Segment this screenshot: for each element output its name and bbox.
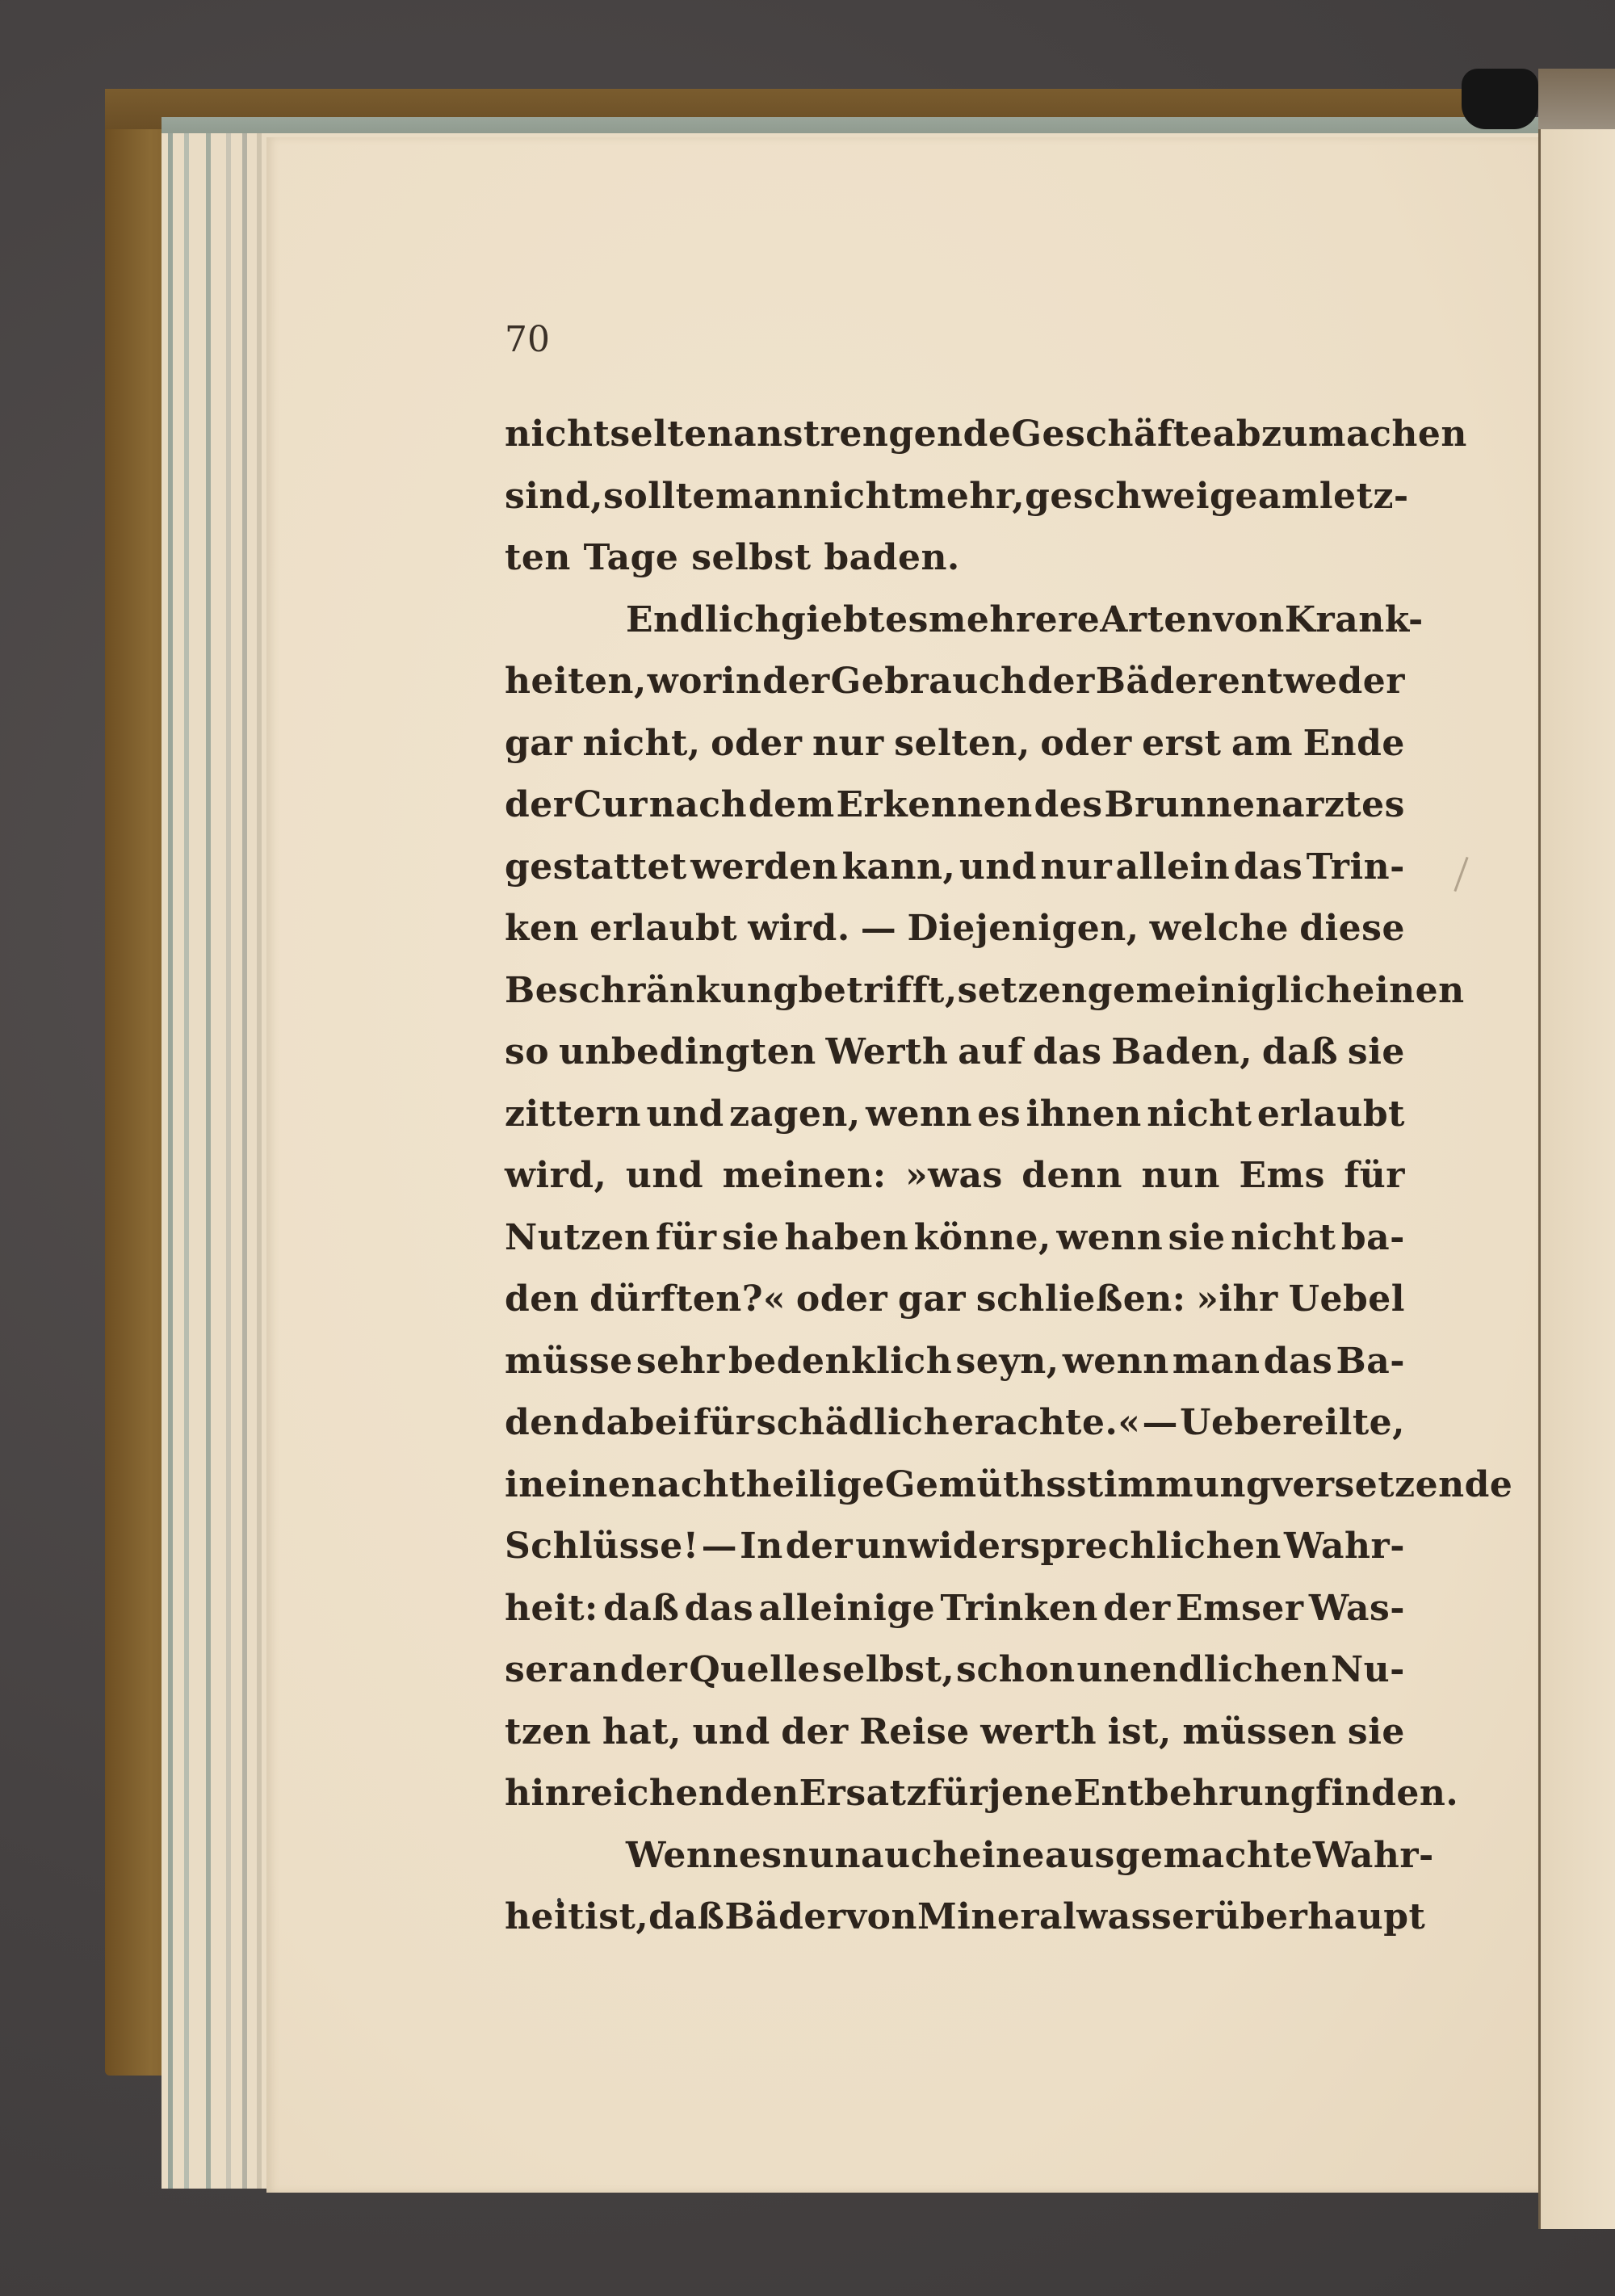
word: für xyxy=(656,1207,717,1270)
word: meinen: xyxy=(723,1145,887,1207)
word: gar xyxy=(898,1269,966,1331)
word: haben xyxy=(785,1207,909,1270)
word: müsse xyxy=(505,1331,633,1393)
text-line: zitternundzagen,wennesihnennichterlaubt xyxy=(505,1084,1405,1146)
word: nur xyxy=(1041,837,1113,899)
word: Uebel xyxy=(1289,1269,1405,1331)
word: Nutzen xyxy=(505,1207,651,1270)
word: jene xyxy=(988,1763,1074,1825)
word: das xyxy=(685,1578,754,1640)
word: unendlichen xyxy=(1077,1639,1329,1702)
word: nun xyxy=(1142,1145,1220,1207)
word: Wahr- xyxy=(1284,1516,1405,1578)
word: versetzende xyxy=(1271,1454,1512,1517)
word: kann, xyxy=(842,837,956,899)
word: am xyxy=(1258,466,1319,528)
word: Bäder xyxy=(724,1887,845,1949)
text-line: sounbedingtenWerthaufdasBaden,daßsie xyxy=(505,1022,1405,1084)
word: der xyxy=(1027,651,1094,713)
word: — xyxy=(861,898,897,960)
word: so xyxy=(505,1022,549,1084)
text-line: ineinenachtheiligeGemüthsstimmungversetz… xyxy=(505,1454,1405,1517)
page-number: 70 xyxy=(505,319,550,360)
text-line: EndlichgiebtesmehrereArtenvonKrank- xyxy=(505,590,1405,652)
word: für xyxy=(1344,1145,1405,1207)
text-line: gestattetwerdenkann,undnuralleindasTrin- xyxy=(505,837,1405,899)
word: abzumachen xyxy=(1213,404,1467,466)
word: Nu- xyxy=(1331,1639,1405,1702)
word: unwidersprechlichen xyxy=(855,1516,1282,1578)
word: schließen: xyxy=(976,1269,1186,1331)
text-line: derCurnachdemErkennendesBrunnenarztes xyxy=(505,774,1405,837)
word: sehr xyxy=(636,1331,725,1393)
word: Beschränkung xyxy=(505,960,799,1022)
page-edge-line xyxy=(226,133,231,2189)
word: Emser xyxy=(1176,1578,1304,1640)
word: Diejenigen, xyxy=(907,898,1139,960)
text-line: heit:daßdasalleinigeTrinkenderEmserWas- xyxy=(505,1578,1405,1640)
text-line: WennesnunaucheineausgemachteWahr- xyxy=(505,1825,1405,1887)
word: Ende xyxy=(1303,713,1405,775)
word: mehrere xyxy=(929,590,1100,652)
word: Endlich xyxy=(626,590,781,652)
word: wenn xyxy=(1063,1331,1169,1393)
word: heit xyxy=(505,1887,585,1949)
word: müssen xyxy=(1182,1702,1336,1764)
right-cover-edge xyxy=(1538,69,1615,129)
word: einen xyxy=(1352,960,1464,1022)
word: Bäder xyxy=(1096,651,1217,713)
word: daß xyxy=(648,1887,724,1949)
word: nur xyxy=(812,713,884,775)
word: dabei xyxy=(581,1392,691,1454)
word: setzen xyxy=(958,960,1088,1022)
book-page-right-edge xyxy=(1541,129,1615,2229)
word: das xyxy=(1264,1331,1333,1393)
word: nachtheilige xyxy=(631,1454,885,1517)
word: nach xyxy=(649,774,747,837)
word: und xyxy=(959,837,1037,899)
word: hat, xyxy=(602,1702,682,1764)
word: und xyxy=(626,1145,703,1207)
word: und xyxy=(692,1702,770,1764)
word: »ihr xyxy=(1196,1269,1277,1331)
word: sie xyxy=(722,1207,779,1270)
text-line: garnicht,odernurselten,odererstamEnde xyxy=(505,713,1405,775)
word: geschweige xyxy=(1025,466,1258,528)
word: wird, xyxy=(505,1145,606,1207)
word: Schlüsse! xyxy=(505,1516,699,1578)
word: heit: xyxy=(505,1578,598,1640)
page-edge-line xyxy=(184,133,189,2189)
word: ser xyxy=(505,1639,567,1702)
word: ihnen xyxy=(1026,1084,1142,1146)
word: auf xyxy=(958,1022,1023,1084)
word: wenn xyxy=(866,1084,972,1146)
word: gar xyxy=(505,713,573,775)
word: könne, xyxy=(914,1207,1051,1270)
page-edge-line xyxy=(168,133,173,2189)
word: gestattet xyxy=(505,837,687,899)
word: daß xyxy=(1262,1022,1338,1084)
word: ist, xyxy=(1108,1702,1172,1764)
word: Wahr- xyxy=(1313,1825,1434,1887)
text-line: dendabeifürschädlicherachte.«—Uebereilte… xyxy=(505,1392,1405,1454)
word: Gemüthsstimmung xyxy=(885,1454,1271,1517)
word: auch xyxy=(861,1825,959,1887)
word: heiten, xyxy=(505,651,647,713)
word: von xyxy=(846,1887,917,1949)
word: sie xyxy=(1348,1022,1405,1084)
word: Geschäfte xyxy=(1011,404,1212,466)
word: Brunnenarztes xyxy=(1104,774,1405,837)
word: werth xyxy=(980,1702,1097,1764)
word: es xyxy=(977,1084,1021,1146)
page-edge-line xyxy=(206,133,211,2189)
word: sind, xyxy=(505,466,603,528)
word: betrifft, xyxy=(799,960,958,1022)
text-line: wird,undmeinen:»wasdennnunEmsfür xyxy=(505,1145,1405,1207)
ink-speck xyxy=(557,1898,561,1903)
word: ausgemachte xyxy=(1045,1825,1313,1887)
word: — xyxy=(1142,1392,1178,1454)
word: letz- xyxy=(1319,466,1409,528)
word: schädlich xyxy=(757,1392,950,1454)
word: diese xyxy=(1299,898,1405,960)
text-line: dendürften?«odergarschließen:»ihrUebel xyxy=(505,1269,1405,1331)
text-line: seranderQuelleselbst,schonunendlichenNu- xyxy=(505,1639,1405,1702)
word: Entbehrung xyxy=(1073,1763,1315,1825)
page-edge-line xyxy=(257,133,262,2189)
word: zagen, xyxy=(729,1084,861,1146)
word: Ba- xyxy=(1336,1331,1405,1393)
word: an xyxy=(568,1639,619,1702)
word: der xyxy=(786,1516,853,1578)
word: nicht xyxy=(803,466,908,528)
word: Trin- xyxy=(1307,837,1405,899)
word: nicht xyxy=(1147,1084,1252,1146)
word: für xyxy=(927,1763,988,1825)
word: erst xyxy=(1142,713,1221,775)
word: anstrengende xyxy=(733,404,1011,466)
word: Trinken xyxy=(940,1578,1097,1640)
word: nun xyxy=(782,1825,861,1887)
text-line: Nutzenfürsiehabenkönne,wennsienichtba- xyxy=(505,1207,1405,1270)
dark-blot xyxy=(1462,69,1538,129)
word: sie xyxy=(1348,1702,1405,1764)
body-text: nichtseltenanstrengendeGeschäfteabzumach… xyxy=(505,404,1405,1949)
word: das xyxy=(1033,1022,1102,1084)
word: selten, xyxy=(894,713,1030,775)
word: der xyxy=(505,774,572,837)
word: erachte.« xyxy=(951,1392,1140,1454)
word: hinreichenden xyxy=(505,1763,799,1825)
word: dürften?« xyxy=(589,1269,786,1331)
word: das xyxy=(1234,837,1303,899)
word: nicht, xyxy=(583,713,701,775)
word: seyn, xyxy=(955,1331,1059,1393)
word: entweder xyxy=(1218,651,1405,713)
word: der xyxy=(762,651,829,713)
word: Gebrauch xyxy=(831,651,1027,713)
word: selbst, xyxy=(822,1639,954,1702)
word: denn xyxy=(1021,1145,1122,1207)
word: Krank- xyxy=(1285,590,1424,652)
text-line: nichtseltenanstrengendeGeschäfteabzumach… xyxy=(505,404,1405,466)
word: Arten xyxy=(1100,590,1213,652)
word: für xyxy=(694,1392,755,1454)
word: welche xyxy=(1150,898,1289,960)
text-line: heitist,daßBädervonMineralwasserüberhaup… xyxy=(505,1887,1405,1949)
word: der xyxy=(781,1702,848,1764)
word: wird. xyxy=(748,898,849,960)
word: Uebereilte, xyxy=(1180,1392,1405,1454)
text-line: müssesehrbedenklichseyn,wennmandasBa- xyxy=(505,1331,1405,1393)
word: den xyxy=(505,1269,579,1331)
word: In xyxy=(740,1516,783,1578)
word: man xyxy=(1172,1331,1261,1393)
word: unbedingten xyxy=(559,1022,816,1084)
word: oder xyxy=(1040,713,1131,775)
word: nicht xyxy=(505,404,610,466)
text-line: sind,solltemannichtmehr,geschweigeamletz… xyxy=(505,466,1405,528)
word: allein xyxy=(1116,837,1231,899)
word: der xyxy=(1103,1578,1170,1640)
word: Ersatz xyxy=(799,1763,927,1825)
text-line: ten Tage selbst baden. xyxy=(505,527,1405,590)
word: zittern xyxy=(505,1084,641,1146)
word: Was- xyxy=(1309,1578,1405,1640)
text-line: Beschränkungbetrifft,setzengemeinigliche… xyxy=(505,960,1405,1022)
word: schon xyxy=(956,1639,1075,1702)
word: »was xyxy=(905,1145,1003,1207)
word: eine xyxy=(545,1454,631,1517)
word: Quelle xyxy=(689,1639,820,1702)
word: wenn xyxy=(1056,1207,1163,1270)
text-line: tzenhat,undderReisewerthist,müssensie xyxy=(505,1702,1405,1764)
word: Reise xyxy=(859,1702,970,1764)
word: worin xyxy=(648,651,762,713)
word: alleinige xyxy=(759,1578,936,1640)
word: Baden, xyxy=(1111,1022,1252,1084)
text-line: heiten,worinderGebrauchderBäderentweder xyxy=(505,651,1405,713)
word: selten xyxy=(610,404,733,466)
word: tzen xyxy=(505,1702,591,1764)
word: eine xyxy=(959,1825,1045,1887)
word: werden xyxy=(690,837,838,899)
word: Erkennen xyxy=(837,774,1033,837)
word: Werth xyxy=(826,1022,949,1084)
word: erlaubt xyxy=(589,898,737,960)
word: sollte xyxy=(603,466,715,528)
word: es xyxy=(885,590,929,652)
word: bedenklich xyxy=(728,1331,952,1393)
word: daß xyxy=(603,1578,679,1640)
word: in xyxy=(505,1454,545,1517)
word: mehr, xyxy=(908,466,1025,528)
word: es xyxy=(739,1825,782,1887)
text-line: Schlüsse!—InderunwidersprechlichenWahr- xyxy=(505,1516,1405,1578)
word: nicht xyxy=(1231,1207,1336,1270)
word: ba- xyxy=(1341,1207,1405,1270)
word: oder xyxy=(796,1269,887,1331)
word: giebt xyxy=(781,590,885,652)
word: am xyxy=(1231,713,1293,775)
word: ken xyxy=(505,898,579,960)
word: gemeiniglich xyxy=(1088,960,1353,1022)
word: und xyxy=(646,1084,724,1146)
page-edge-line xyxy=(242,133,247,2189)
word: der xyxy=(620,1639,687,1702)
word: man xyxy=(715,466,803,528)
word: oder xyxy=(711,713,802,775)
word: den xyxy=(505,1392,579,1454)
word: ist, xyxy=(585,1887,648,1949)
word: Wenn xyxy=(626,1825,739,1887)
text-line: hinreichendenErsatzfürjeneEntbehrungfind… xyxy=(505,1763,1405,1825)
word: Mineralwasser xyxy=(917,1887,1214,1949)
word: — xyxy=(702,1516,738,1578)
word: von xyxy=(1213,590,1284,652)
word: dem xyxy=(749,774,835,837)
word: erlaubt xyxy=(1257,1084,1405,1146)
word: finden. xyxy=(1315,1763,1458,1825)
word: Cur xyxy=(573,774,648,837)
word: Ems xyxy=(1240,1145,1325,1207)
word: überhaupt xyxy=(1214,1887,1425,1949)
word: sie xyxy=(1168,1207,1226,1270)
text-line: kenerlaubtwird.—Diejenigen,welchediese xyxy=(505,898,1405,960)
word: des xyxy=(1034,774,1103,837)
